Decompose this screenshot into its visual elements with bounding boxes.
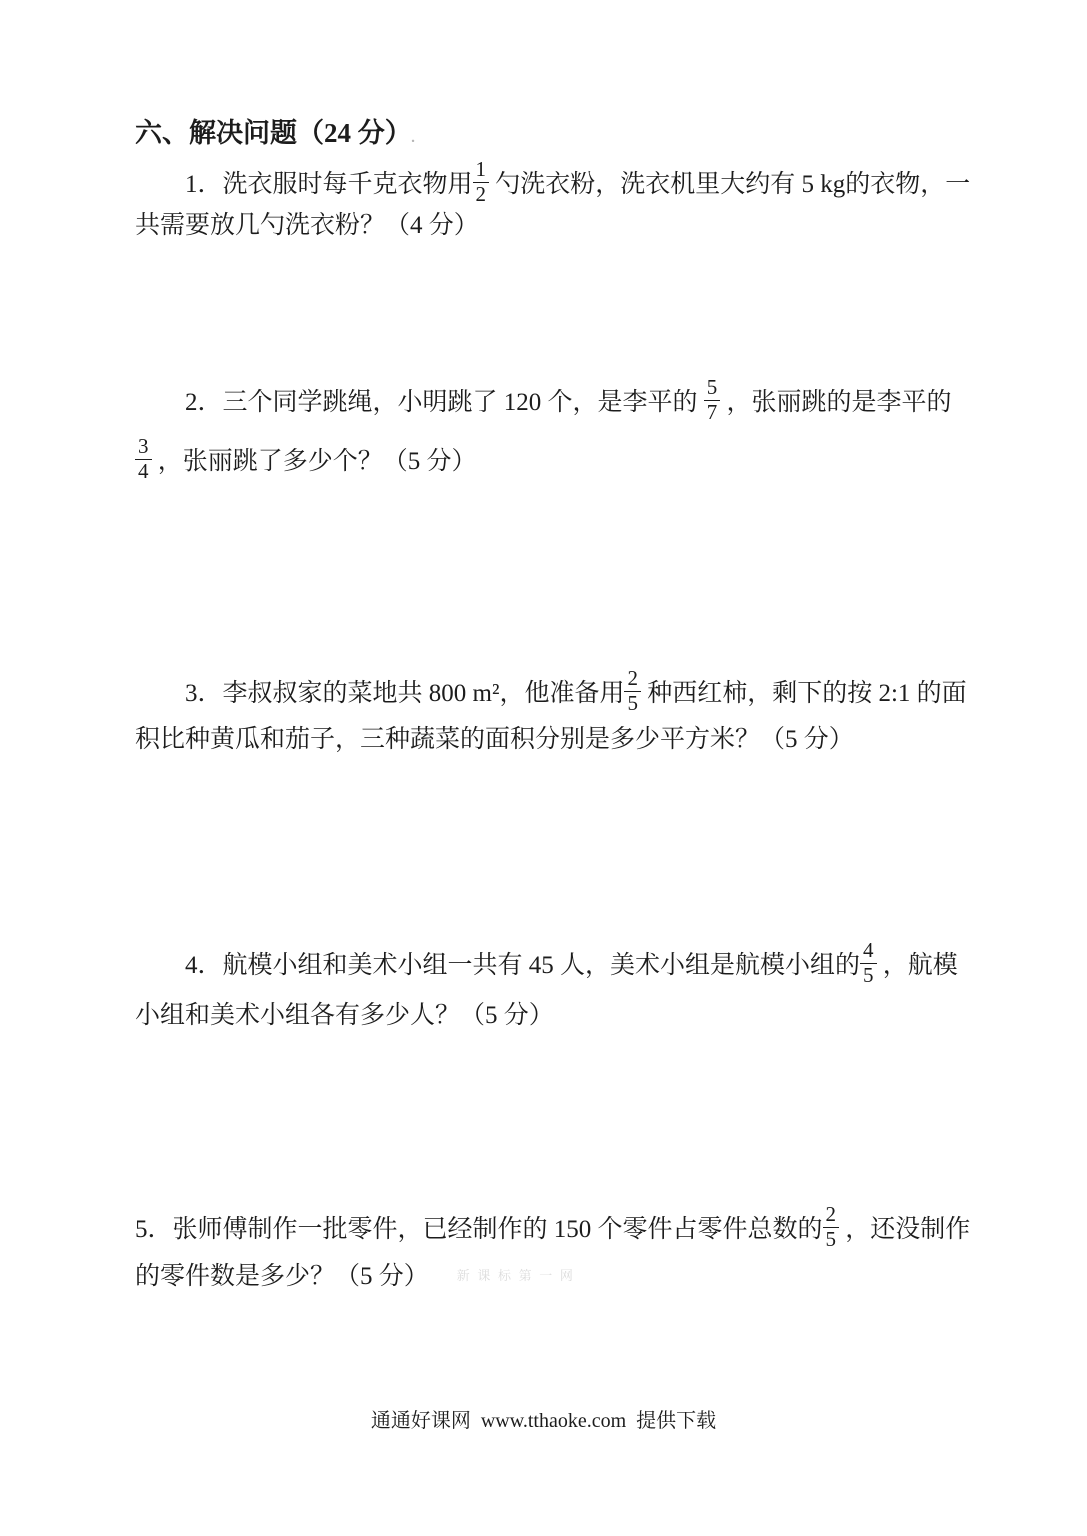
- question-3-text: 积比种黄瓜和茄子，三种蔬菜的面积分别是多少平方米？（5 分）: [135, 719, 854, 755]
- fraction-numerator: 3: [135, 436, 152, 460]
- section-heading: 六、解决问题（24 分）．: [135, 118, 428, 151]
- fraction-denominator: 5: [826, 1228, 837, 1251]
- question-4-text: 4．航模小组和美术小组一共有 45 人，美术小组是航模小组的: [185, 945, 860, 981]
- fraction-denominator: 4: [138, 460, 149, 483]
- question-4-text: ，航模: [877, 945, 958, 981]
- worksheet-page: 六、解决问题（24 分）． 1．洗衣服时每千克衣物用 1 2 勺洗衣粉，洗衣机里…: [0, 0, 1087, 1536]
- fraction-numerator: 2: [624, 668, 641, 692]
- fraction-numerator: 4: [860, 940, 877, 964]
- question-1-text: 共需要放几勺洗衣粉？（4 分）: [135, 205, 479, 241]
- fraction-numerator: 1: [473, 159, 490, 183]
- question-3-line-2: 积比种黄瓜和茄子，三种蔬菜的面积分别是多少平方米？（5 分）: [135, 715, 1045, 759]
- question-1-text: 1．洗衣服时每千克衣物用: [185, 164, 473, 200]
- question-3-text: 种西红柿，剩下的按 2:1 的面: [641, 673, 967, 709]
- section-heading-text: 六、解决问题（24 分）: [135, 118, 398, 148]
- fraction-2-5: 2 5: [823, 1204, 840, 1251]
- fraction-3-4: 3 4: [135, 436, 152, 483]
- question-5-text: ，还没制作: [839, 1209, 970, 1245]
- question-4-text: 小组和美术小组各有多少人？（5 分）: [135, 995, 554, 1031]
- fraction-denominator: 5: [863, 964, 874, 987]
- question-2-text: 2．三个同学跳绳，小明跳了 120 个，是李平的: [185, 382, 704, 418]
- fraction-1-2: 1 2: [473, 159, 490, 206]
- question-3-text: 3．李叔叔家的菜地共 800 m²，他准备用: [185, 673, 624, 709]
- question-2-text: ，张丽跳了多少个？（5 分）: [152, 441, 477, 477]
- fraction-denominator: 7: [707, 401, 718, 424]
- question-1-line-1: 1．洗衣服时每千克衣物用 1 2 勺洗衣粉，洗衣机里大约有 5 kg的衣物，一: [135, 160, 1087, 204]
- question-2-line-1: 2．三个同学跳绳，小明跳了 120 个，是李平的 5 7 ，张丽跳的是李平的: [135, 378, 1087, 422]
- question-2-line-2: 3 4 ，张丽跳了多少个？（5 分）: [135, 437, 1045, 481]
- fraction-denominator: 5: [627, 692, 638, 715]
- question-5-text: 5．张师傅制作一批零件，已经制作的 150 个零件占零件总数的: [135, 1209, 823, 1245]
- question-5-text: 的零件数是多少？（5 分）: [135, 1256, 429, 1292]
- footer-text: 通通好课网 www.tthaoke.com 提供下载: [0, 1408, 1087, 1434]
- fraction-4-5: 4 5: [860, 940, 877, 987]
- question-5-line-2: 的零件数是多少？（5 分） 新 课 标 第 一 网: [135, 1252, 1045, 1296]
- fraction-2-5: 2 5: [624, 668, 641, 715]
- fraction-numerator: 5: [704, 377, 721, 401]
- fraction-numerator: 2: [823, 1204, 840, 1228]
- question-5-line-1: 5．张师傅制作一批零件，已经制作的 150 个零件占零件总数的 2 5 ，还没制…: [135, 1205, 1045, 1249]
- question-1-text: 勺洗衣粉，洗衣机里大约有 5 kg的衣物，一: [489, 164, 970, 200]
- heading-trailing-mark: ．: [410, 126, 428, 146]
- question-4-line-1: 4．航模小组和美术小组一共有 45 人，美术小组是航模小组的 4 5 ，航模: [135, 941, 1087, 985]
- question-4-line-2: 小组和美术小组各有多少人？（5 分）: [135, 991, 1045, 1035]
- question-1-line-2: 共需要放几勺洗衣粉？（4 分）: [135, 201, 1045, 245]
- question-2-text: ，张丽跳的是李平的: [720, 382, 951, 418]
- question-3-line-1: 3．李叔叔家的菜地共 800 m²，他准备用 2 5 种西红柿，剩下的按 2:1…: [135, 669, 1087, 713]
- watermark-text: 新 课 标 第 一 网: [457, 1265, 575, 1284]
- fraction-5-7: 5 7: [704, 377, 721, 424]
